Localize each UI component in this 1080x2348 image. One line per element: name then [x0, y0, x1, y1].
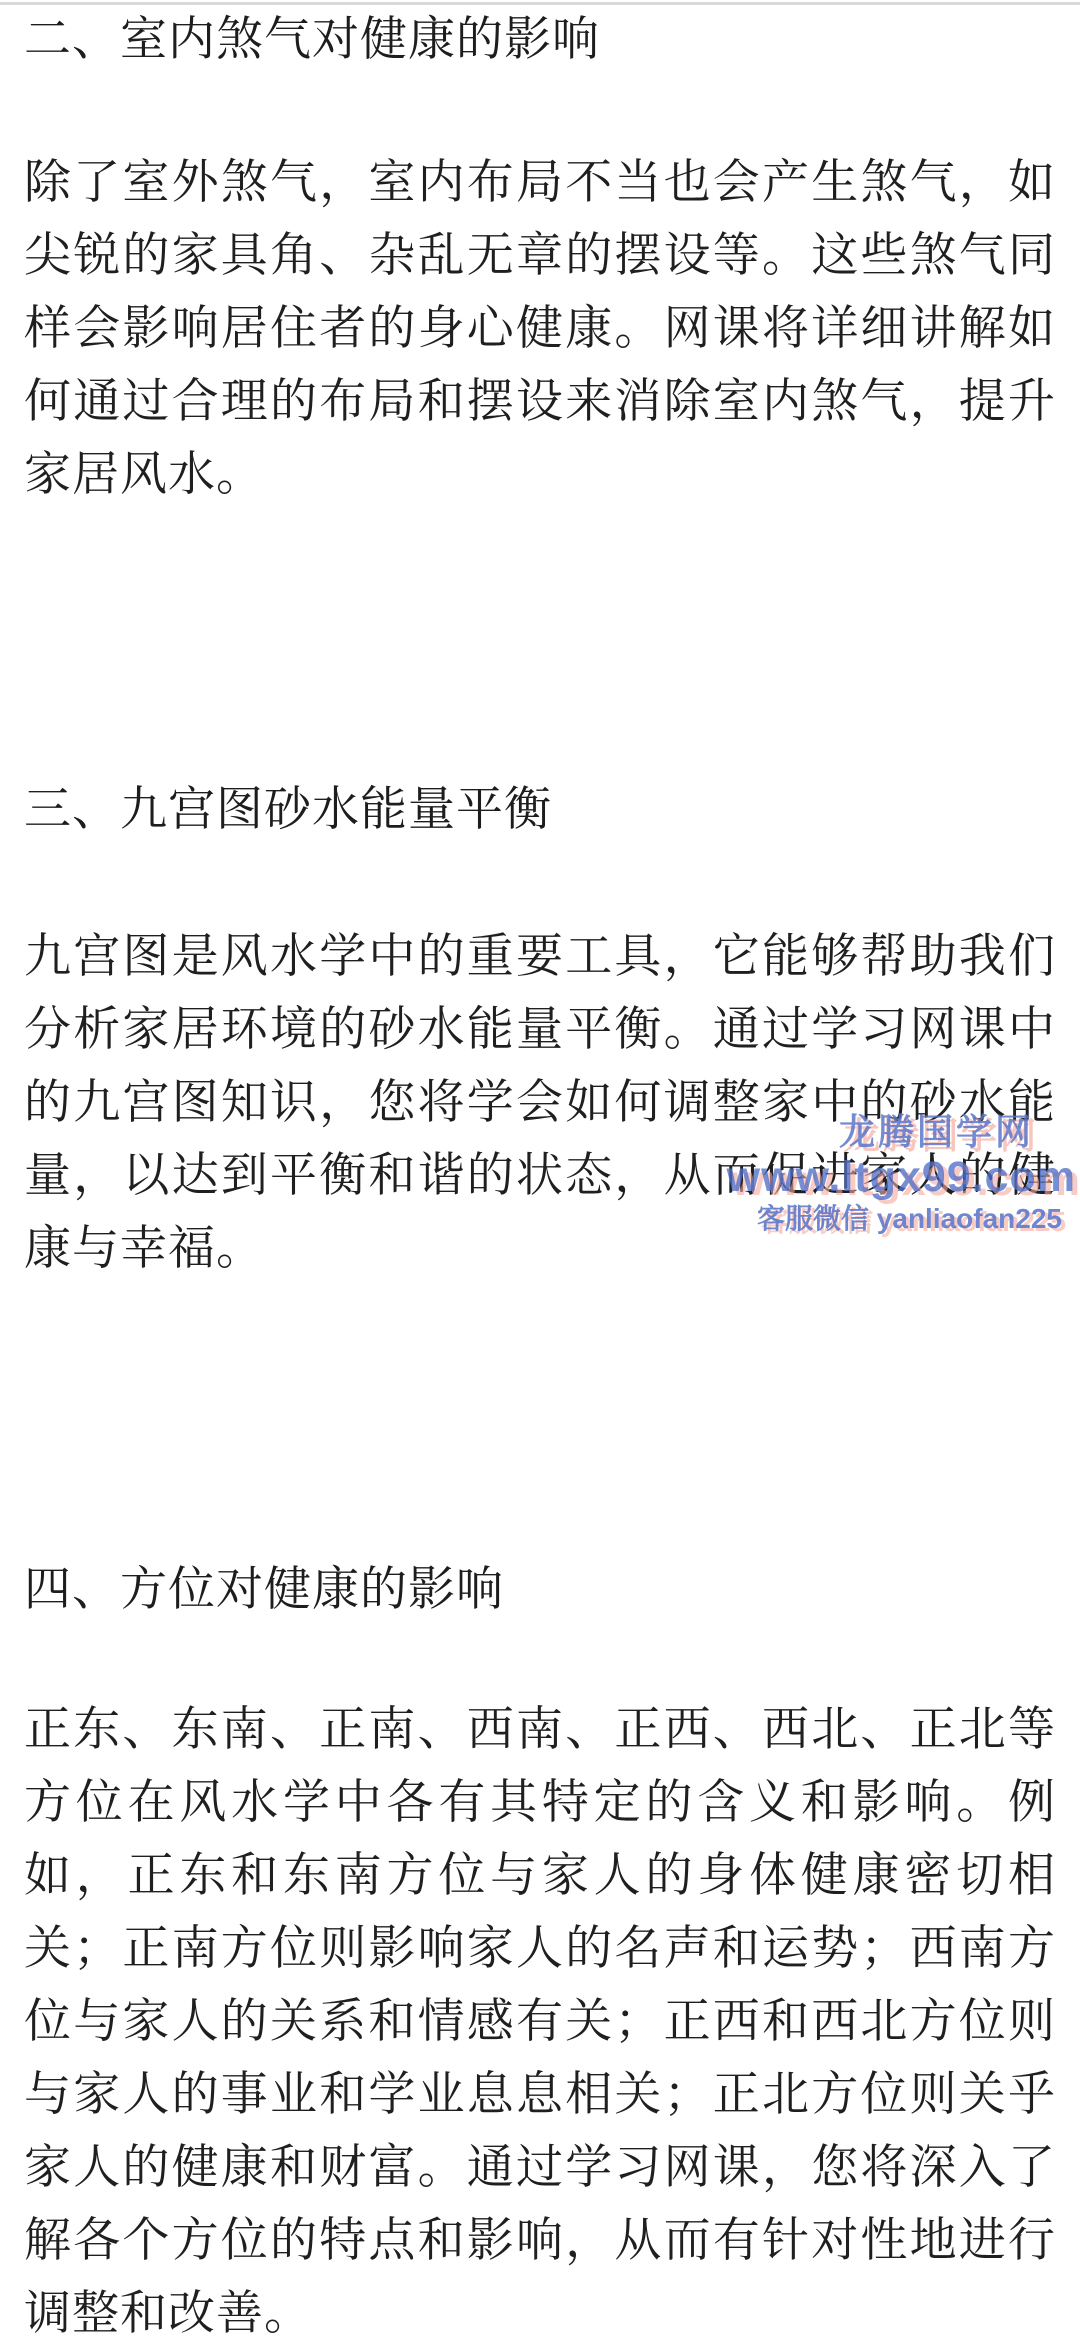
section-heading: 四、方位对健康的影响: [24, 1552, 1056, 1625]
section-jiugongtu: 三、九宫图砂水能量平衡 九宫图是风水学中的重要工具，它能够帮助我们分析家居环境的…: [24, 772, 1056, 1284]
section-paragraph: 除了室外煞气，室内布局不当也会产生煞气，如尖锐的家具角、杂乱无章的摆设等。这些煞…: [24, 145, 1056, 510]
section-heading: 二、室内煞气对健康的影响: [24, 2, 1056, 75]
section-indoor-shaqi: 二、室内煞气对健康的影响 除了室外煞气，室内布局不当也会产生煞气，如尖锐的家具角…: [24, 2, 1056, 510]
article-content: 二、室内煞气对健康的影响 除了室外煞气，室内布局不当也会产生煞气，如尖锐的家具角…: [0, 2, 1080, 2348]
section-heading: 三、九宫图砂水能量平衡: [24, 772, 1056, 845]
section-paragraph: 正东、东南、正南、西南、正西、西北、正北等方位在风水学中各有其特定的含义和影响。…: [24, 1692, 1056, 2348]
section-fangwei: 四、方位对健康的影响 正东、东南、正南、西南、正西、西北、正北等方位在风水学中各…: [24, 1552, 1056, 2348]
section-paragraph: 九宫图是风水学中的重要工具，它能够帮助我们分析家居环境的砂水能量平衡。通过学习网…: [24, 919, 1056, 1284]
